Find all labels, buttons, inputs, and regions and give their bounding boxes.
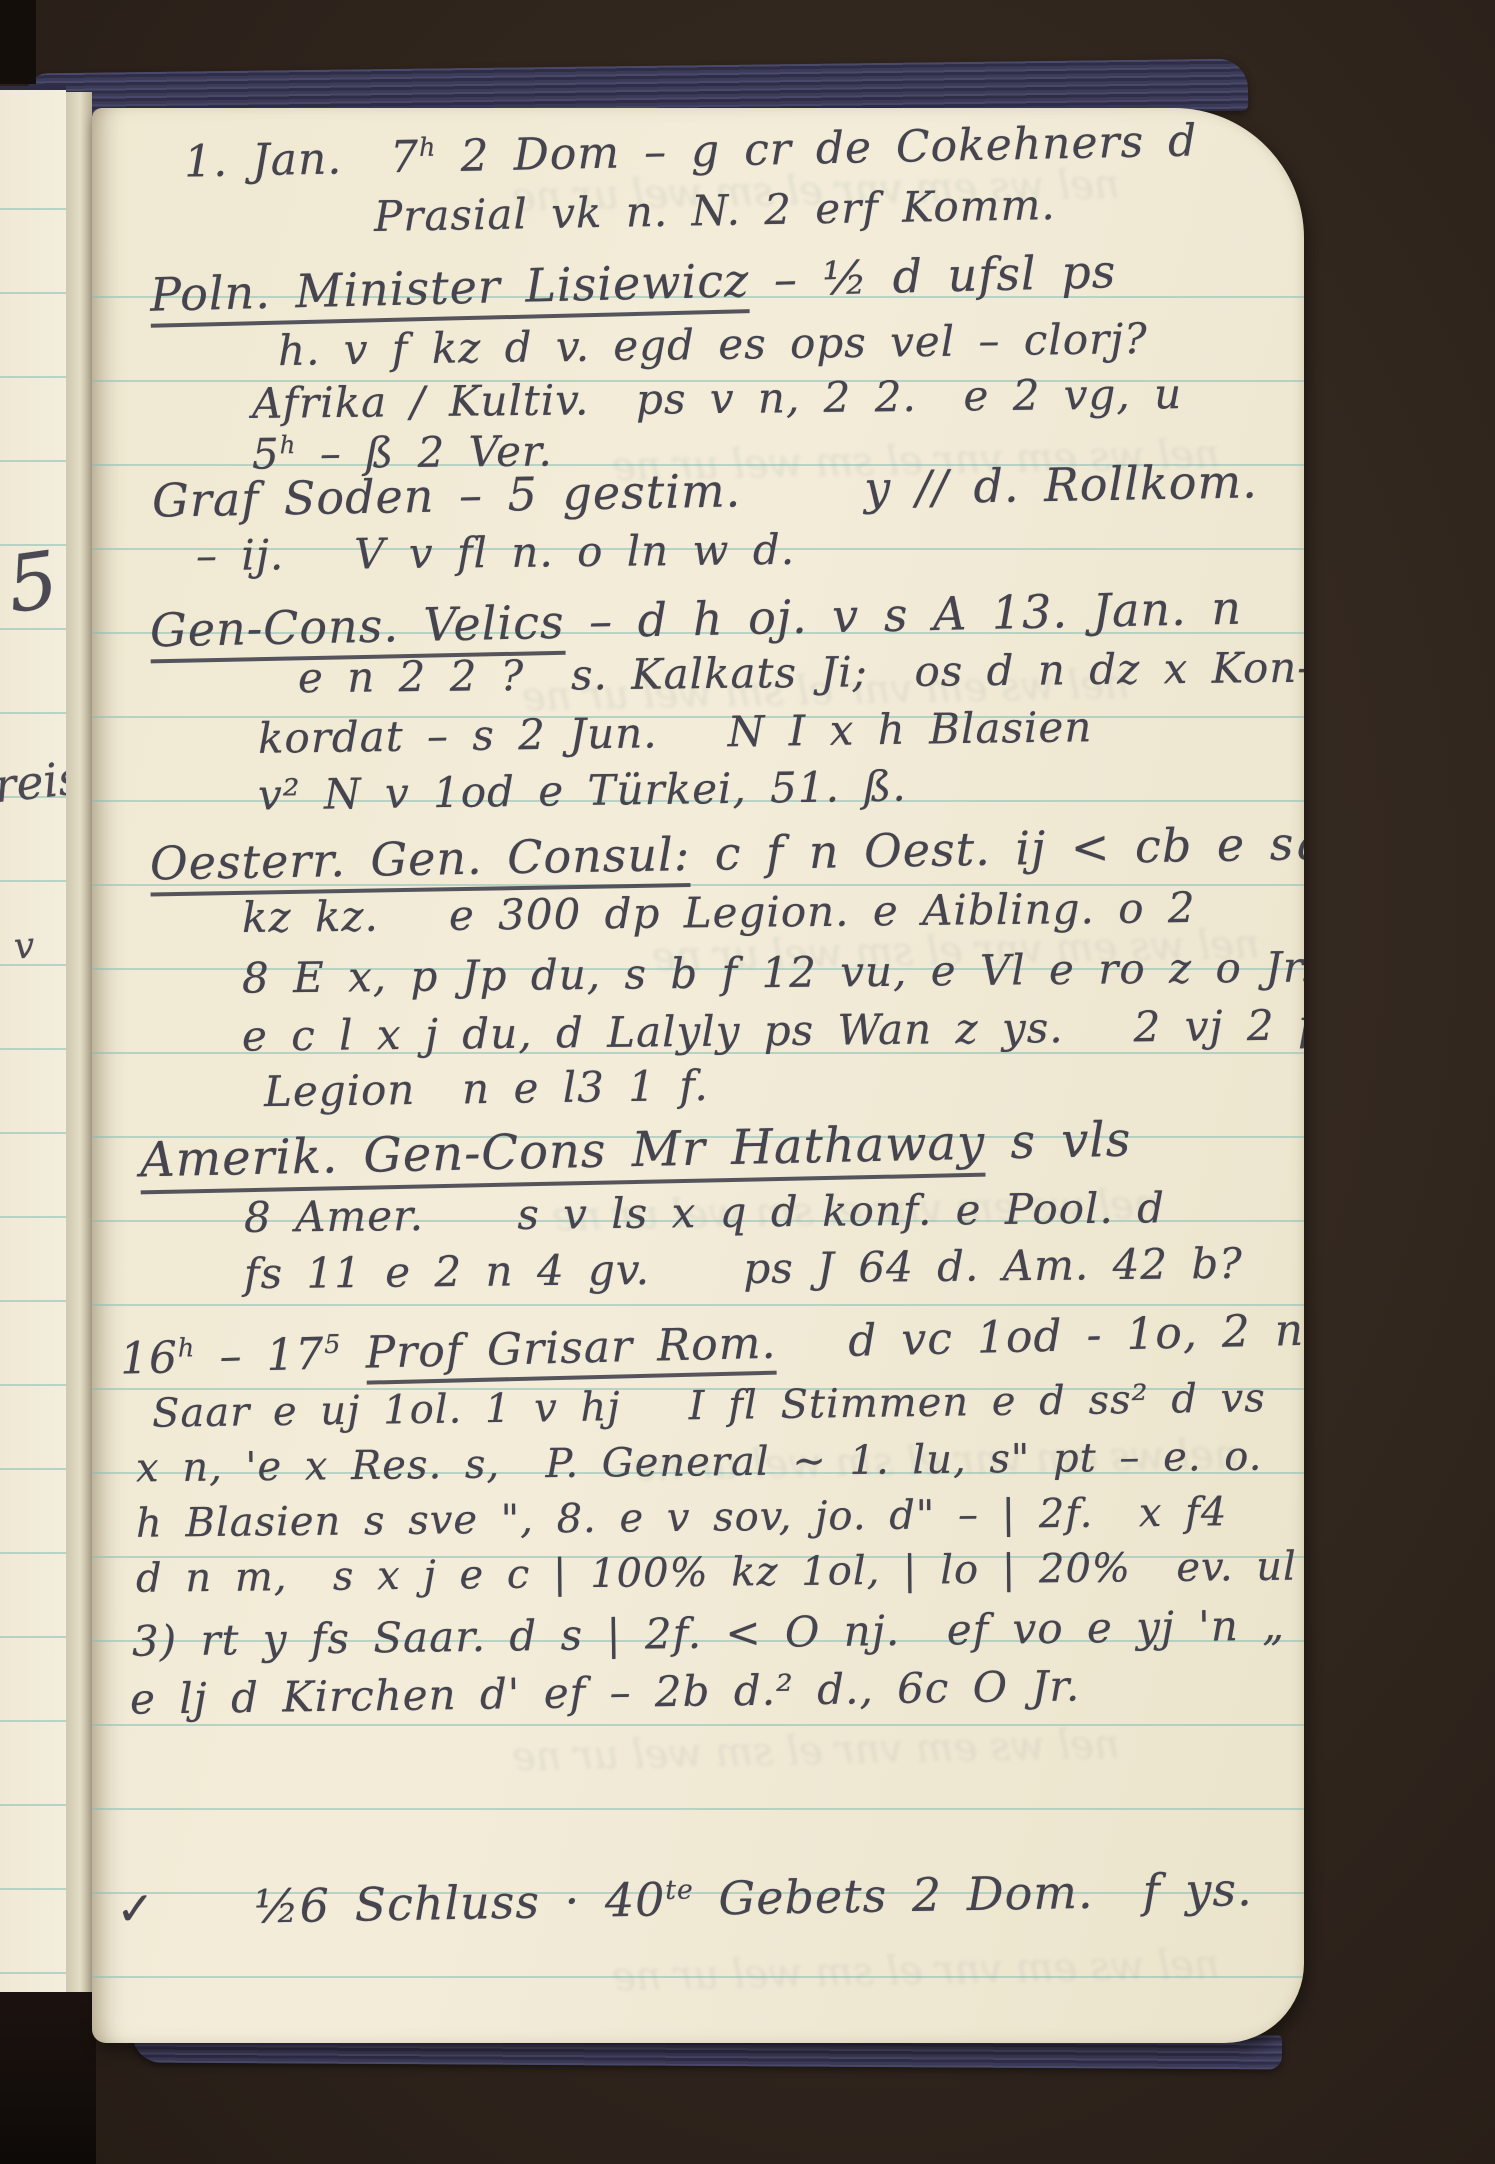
previous-page-text-fragment: reis, [0,749,66,813]
handwriting-line: Afrika / Kultiv. ps v n, 2 2. e 2 vg, u [252,371,1183,427]
book-spine-shadow-top [0,0,36,84]
notebook-page: nel ws em vnr el sm wel ur nenel ws em v… [92,108,1304,2043]
handwriting-line: x n, 'e x Res. s, P. General ~ 1. lu, s"… [136,1434,1304,1491]
handwriting-line: h Blasien s sve ", 8. e v sov, jo. d" – … [136,1490,1228,1545]
handwriting-line: Poln. Minister Lisiewicz – ½ d ufsl ps [149,246,1117,327]
handwriting-line: 3) rt y fs Saar. d s | 2f. < O nj. ef vo… [132,1601,1304,1665]
ink-bleedthrough: nel ws em vnr el sm wel ur ne [612,1942,1221,2001]
ruled-lines [0,208,66,2022]
handwriting-line: 8 Amer. s v ls x q d konf. e Pool. d [244,1185,1165,1241]
handwriting-line: h. v f kz d v. egd es ops vel – clorj? [278,316,1148,374]
handwriting-line: e c l x j du, d Lalyly ps Wan z ys. 2 vj… [242,1002,1304,1060]
handwriting-line: e lj d Kirchen d' ef – 2b d.² d., 6c O J… [130,1663,1081,1722]
previous-page-strip: 5reis,v [0,86,66,2022]
handwriting-line: fs 11 e 2 n 4 gv. ps J 64 d. Am. 42 b? [244,1241,1243,1298]
handwriting-line: Prasial vk n. N. 2 erf Komm. [374,182,1056,240]
handwriting-line: Legion n e l3 1 f. [264,1063,709,1115]
ink-bleedthrough: nel ws em vnr el sm wel ur ne [512,1722,1121,1781]
handwriting-line: kz kz. e 300 dp Legion. e Aibling. o 2 [242,885,1196,941]
handwriting-line: d n m, s x j e c | 100% kz 1ol, | lo | 2… [136,1543,1304,1601]
photo-background: 5reis,v nel ws em vnr el sm wel ur nenel… [0,0,1495,2164]
handwriting-line: ✓ ½6 Schluss · 40te Gebets 2 Dom. f ys. [116,1864,1253,1934]
handwriting-line: 1. Jan. 7h 2 Dom – g cr de Cokehners d [184,117,1198,187]
book-spine-shadow-bottom [0,1992,96,2164]
handwriting-line: – ij. V v fl n. o ln w d. [196,527,796,579]
handwriting-line: v² N v 1od e Türkei, 51. ß. [258,763,907,818]
previous-page-text-fragment: 5 [2,535,64,631]
handwriting-line: e n 2 2 ? s. Kalkats Ji; os d n dz x Kon… [298,645,1304,702]
previous-page-text-fragment: v [13,925,36,967]
handwriting-line: kordat – s 2 Jun. N I x h Blasien [258,704,1093,762]
handwriting-line: 8 E x, p Jp du, s b f 12 vu, e Vl e ro z… [242,944,1304,1001]
handwriting-line: Amerik. Gen-Cons Mr Hathaway s vls [139,1114,1132,1195]
page-edge-crease [66,92,92,2038]
